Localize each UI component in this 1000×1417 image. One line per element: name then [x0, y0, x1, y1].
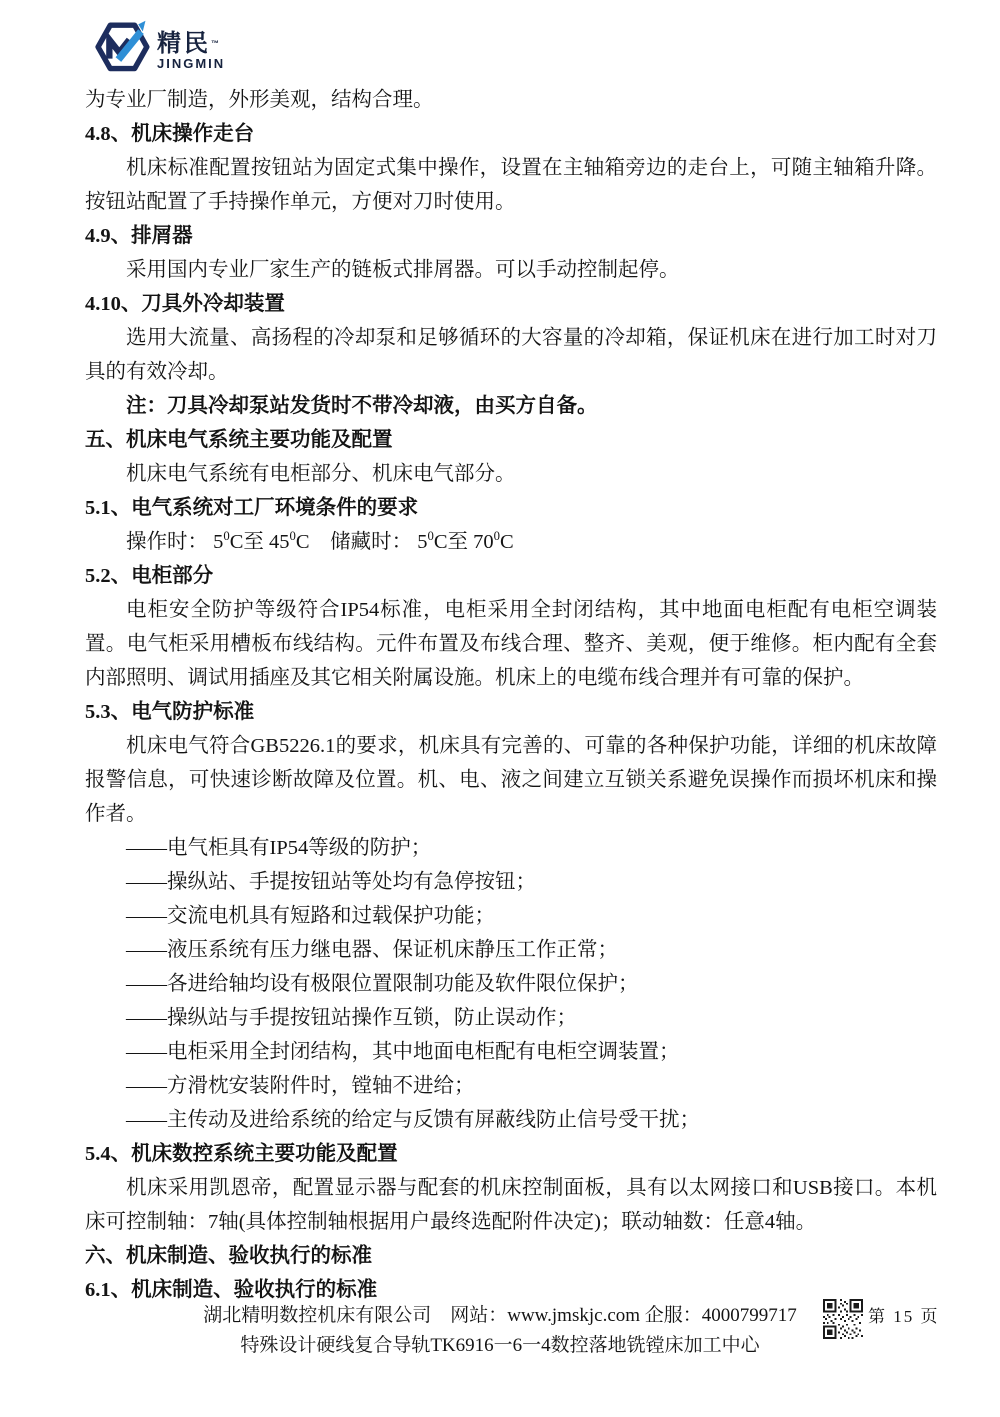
paragraph-continuation: 为专业厂制造，外形美观，结构合理。 — [85, 83, 937, 117]
note-coolant: 注：刀具冷却泵站发货时不带冷却液，由买方自备。 — [85, 389, 937, 423]
environment-conditions-line: 操作时： 50C至 450C 储藏时： 50C至 700C — [85, 525, 937, 559]
page-footer: 湖北精明数控机床有限公司 网站：www.jmskjc.com 企服：400079… — [0, 1302, 1000, 1360]
dash-item: ——操纵站、手提按钮站等处均有急停按钮； — [85, 865, 937, 899]
paragraph-5-4: 机床采用凯恩帝，配置显示器与配套的机床控制面板，具有以太网接口和USB接口。本机… — [85, 1171, 937, 1239]
temp-text: C至 45 — [230, 531, 290, 553]
heading-4-9: 4.9、排屑器 — [85, 219, 937, 253]
temp-text: 操作时： 5 — [126, 531, 223, 553]
heading-4-10: 4.10、刀具外冷却装置 — [85, 287, 937, 321]
logo-name-english: JINGMIN — [157, 56, 225, 71]
logo-name-chinese: 精民™ — [157, 32, 225, 56]
heading-5-1: 5.1、电气系统对工厂环境条件的要求 — [85, 491, 937, 525]
logo-name-cn-text: 精民 — [157, 30, 211, 57]
logo-text: 精民™ JINGMIN — [157, 32, 225, 72]
temp-text: C 储藏时： 5 — [296, 531, 428, 553]
dash-item: ——电柜采用全封闭结构，其中地面电柜配有电柜空调装置； — [85, 1035, 937, 1069]
dash-item: ——主传动及进给系统的给定与反馈有屏蔽线防止信号受干扰； — [85, 1103, 937, 1137]
jingmin-hexagon-logo-icon — [94, 20, 150, 72]
paragraph-4-9: 采用国内专业厂家生产的链板式排屑器。可以手动控制起停。 — [85, 253, 937, 287]
dash-item: ——各进给轴均设有极限位置限制功能及软件限位保护； — [85, 967, 937, 1001]
dash-item: ——操纵站与手提按钮站操作互锁，防止误动作； — [85, 1001, 937, 1035]
dash-item: ——交流电机具有短路和过载保护功能； — [85, 899, 937, 933]
heading-5-4: 5.4、机床数控系统主要功能及配置 — [85, 1137, 937, 1171]
document-content: 为专业厂制造，外形美观，结构合理。 4.8、机床操作走台 机床标准配置按钮站为固… — [85, 83, 937, 1307]
heading-5-2: 5.2、电柜部分 — [85, 559, 937, 593]
dash-item: ——液压系统有压力继电器、保证机床静压工作正常； — [85, 933, 937, 967]
paragraph-5-2: 电柜安全防护等级符合IP54标准，电柜采用全封闭结构，其中地面电柜配有电柜空调装… — [85, 593, 937, 695]
temp-text: C至 70 — [434, 531, 494, 553]
heading-4-8: 4.8、机床操作走台 — [85, 117, 937, 151]
heading-6: 六、机床制造、验收执行的标准 — [85, 1239, 937, 1273]
dash-item: ——电气柜具有IP54等级的防护； — [85, 831, 937, 865]
qr-code-icon — [823, 1299, 863, 1339]
heading-5: 五、机床电气系统主要功能及配置 — [85, 423, 937, 457]
paragraph-5-3: 机床电气符合GB5226.1的要求，机床具有完善的、可靠的各种保护功能，详细的机… — [85, 729, 937, 831]
document-page: 精民™ JINGMIN 为专业厂制造，外形美观，结构合理。 4.8、机床操作走台… — [0, 0, 1000, 1417]
page-number: 第 15 页 — [868, 1303, 943, 1331]
trademark-symbol: ™ — [211, 39, 219, 48]
paragraph-4-8: 机床标准配置按钮站为固定式集中操作，设置在主轴箱旁边的走台上，可随主轴箱升降。按… — [85, 151, 937, 219]
paragraph-5: 机床电气系统有电柜部分、机床电气部分。 — [85, 457, 937, 491]
temp-text: C — [500, 531, 514, 553]
company-logo: 精民™ JINGMIN — [94, 20, 225, 72]
heading-5-3: 5.3、电气防护标准 — [85, 695, 937, 729]
paragraph-4-10: 选用大流量、高扬程的冷却泵和足够循环的大容量的冷却箱，保证机床在进行加工时对刀具… — [85, 321, 937, 389]
dash-item: ——方滑枕安装附件时，镗轴不进给； — [85, 1069, 937, 1103]
